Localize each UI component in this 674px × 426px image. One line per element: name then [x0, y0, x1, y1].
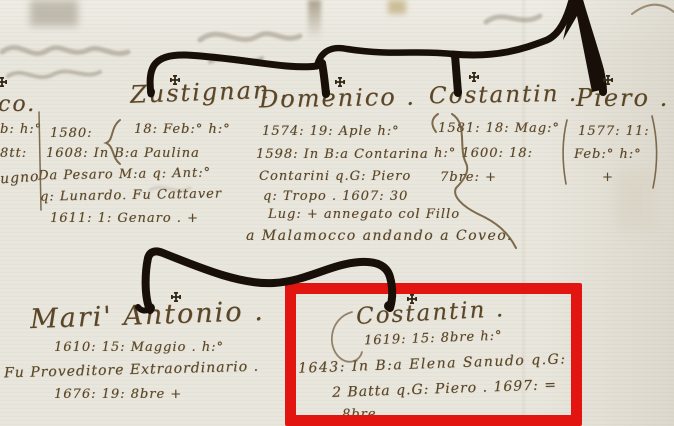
cross-icon: [0, 77, 7, 87]
detail-line: 1581: 18: Mag:°: [438, 121, 560, 136]
bleed-smudge: [30, 0, 78, 26]
detail-line: 7bre: +: [440, 170, 497, 185]
detail-line: 1608: In B:a Paulina: [46, 146, 200, 161]
detail-line: b: h:°: [0, 122, 42, 137]
detail-line: Lug: + annegato col Fillo: [268, 207, 460, 222]
detail-line: Fu Proveditore Extraordinario .: [4, 359, 259, 382]
member-name-piero: Piero .: [576, 84, 669, 112]
detail-line: 18: Feb:° h:°: [134, 122, 231, 137]
detail-line: 1574: 19: Aple h:°: [262, 124, 400, 139]
detail-line: a Malamocco andando a Coveo.: [246, 228, 513, 244]
detail-line: q: Lunardo. Fu Cattaver: [40, 186, 222, 204]
detail-line: h:° 1600: 18:: [434, 146, 533, 161]
corner-flourish: [632, 5, 674, 14]
detail-line: 1676: 19: 8bre +: [54, 387, 182, 402]
detail-line: 1610: 15: Maggio . h:°: [54, 340, 224, 355]
bleed-smudge: [308, 0, 321, 40]
detail-line: Contarini q.G: Piero: [259, 169, 411, 184]
detail-line: 1611: 1: Genaro . +: [50, 211, 199, 226]
member-name-mari-antonio: Mari' Antonio .: [30, 296, 266, 335]
ink-stain: [388, 0, 406, 14]
member-name-domenico: Domenico .: [259, 83, 416, 114]
manuscript-page: co. b: h:° 8tt: ugno Zustignan . 1580: 1…: [0, 0, 674, 426]
detail-line: ugno: [0, 169, 40, 188]
member-name-costantin: Costantin .: [429, 81, 578, 110]
paper-stain: [616, 170, 656, 230]
cross-icon: [469, 72, 479, 82]
detail-line: Feb:° h:°: [574, 147, 642, 162]
detail-line: 1598: In B:a Contarina: [256, 147, 429, 162]
bracket-piero-right: [652, 116, 657, 188]
detail-line: 1580:: [50, 126, 92, 141]
member-name-fragment: co.: [0, 92, 36, 117]
detail-line: +: [602, 170, 614, 185]
detail-line: Da Pesaro M:a q: Ant:°: [38, 165, 211, 183]
detail-line: q: Tropo . 1607: 30: [263, 189, 408, 204]
detail-line: 8tt:: [0, 146, 27, 161]
detail-line: 1577: 11:: [578, 124, 650, 139]
bracket-piero-left: [563, 120, 567, 184]
highlight-annotation-box: [285, 283, 582, 426]
